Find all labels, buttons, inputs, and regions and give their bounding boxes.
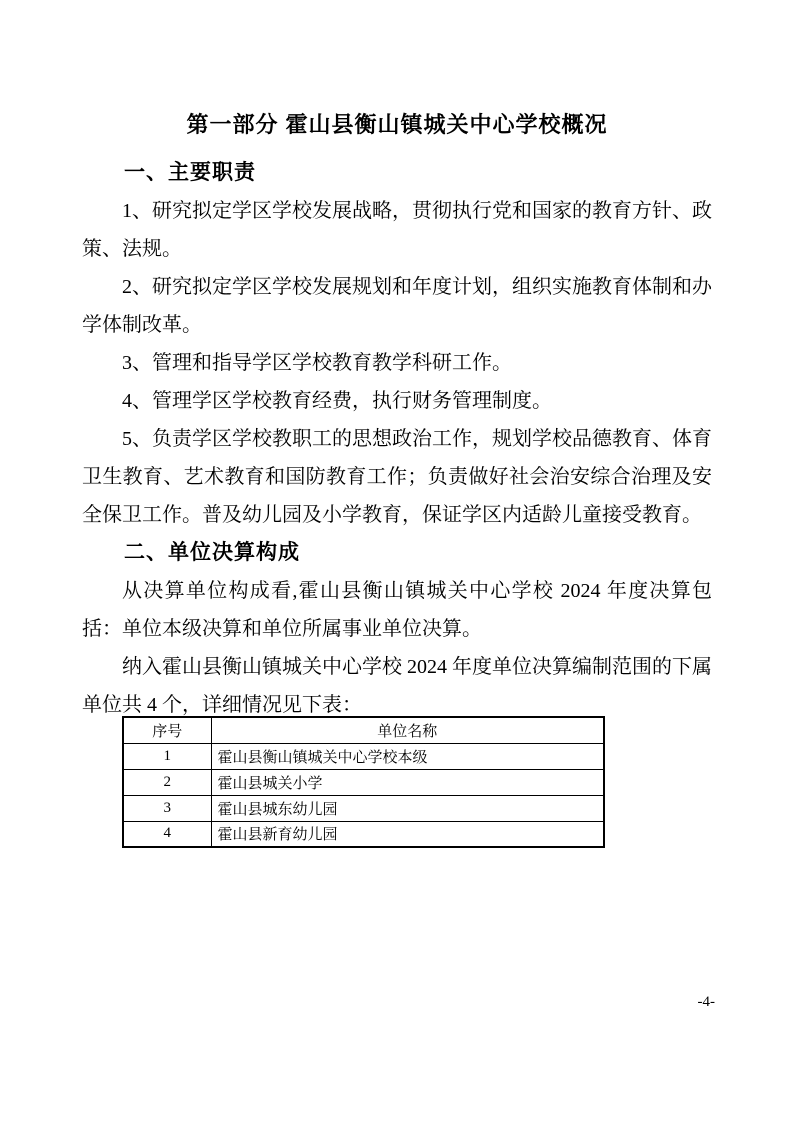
paragraph-composition-1: 从决算单位构成看,霍山县衡山镇城关中心学校 2024 年度决算包括：单位本级决算… [82, 572, 712, 648]
unit-index: 1 [123, 743, 211, 769]
subordinate-units-table: 序号 单位名称 1 霍山县衡山镇城关中心学校本级 2 霍山县城关小学 3 霍山县… [122, 716, 605, 848]
paragraph-duty-3: 3、管理和指导学区学校教育教学科研工作。 [82, 344, 712, 382]
unit-index: 2 [123, 769, 211, 795]
page-title: 第一部分 霍山县衡山镇城关中心学校概况 [82, 106, 712, 144]
table-row: 3 霍山县城东幼儿园 [123, 795, 604, 821]
unit-name: 霍山县衡山镇城关中心学校本级 [211, 743, 604, 769]
paragraph-duty-4: 4、管理学区学校教育经费，执行财务管理制度。 [82, 382, 712, 420]
table-row: 1 霍山县衡山镇城关中心学校本级 [123, 743, 604, 769]
unit-name: 霍山县城东幼儿园 [211, 795, 604, 821]
unit-name: 霍山县新育幼儿园 [211, 821, 604, 847]
table-row: 2 霍山县城关小学 [123, 769, 604, 795]
section-heading-unit-composition: 二、单位决算构成 [82, 534, 712, 572]
paragraph-duty-5: 5、负责学区学校教职工的思想政治工作，规划学校品德教育、体育卫生教育、艺术教育和… [82, 420, 712, 534]
paragraph-composition-2: 纳入霍山县衡山镇城关中心学校 2024 年度单位决算编制范围的下属单位共 4 个… [82, 648, 712, 724]
unit-index: 3 [123, 795, 211, 821]
page-number: -4- [698, 994, 716, 1011]
table-row: 4 霍山县新育幼儿园 [123, 821, 604, 847]
section-heading-main-duties: 一、主要职责 [82, 154, 712, 192]
unit-name: 霍山县城关小学 [211, 769, 604, 795]
paragraph-duty-2: 2、研究拟定学区学校发展规划和年度计划，组织实施教育体制和办学体制改革。 [82, 268, 712, 344]
paragraph-duty-1: 1、研究拟定学区学校发展战略，贯彻执行党和国家的教育方针、政策、法规。 [82, 192, 712, 268]
document-page: 第一部分 霍山县衡山镇城关中心学校概况 一、主要职责 1、研究拟定学区学校发展战… [0, 0, 794, 1122]
unit-index: 4 [123, 821, 211, 847]
